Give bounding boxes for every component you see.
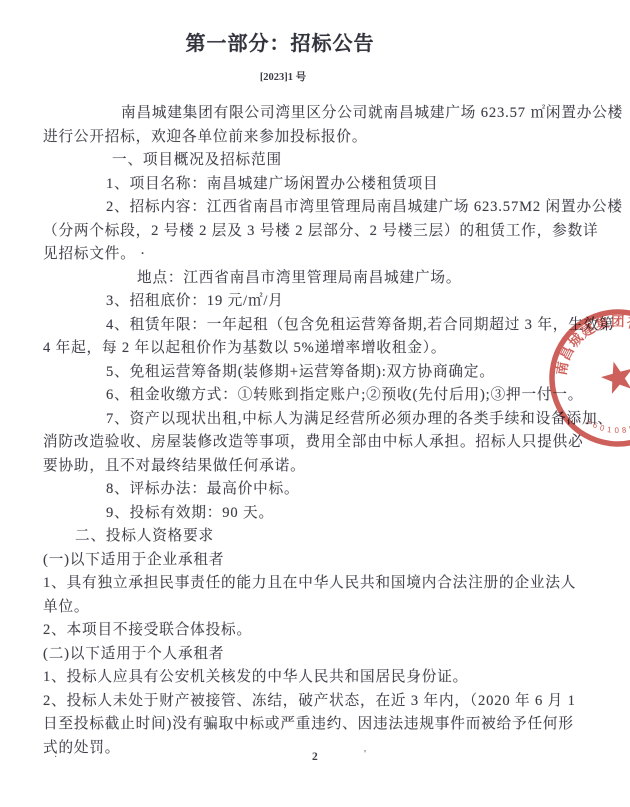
- document-line: (一)以下适用于企业承租者: [0, 549, 630, 573]
- document-line: 1、投标人应具有公安机关核发的中华人民共和国居民身份证。: [0, 666, 630, 690]
- document-line: (二)以下适用于个人承租者: [0, 643, 630, 667]
- document-line: 8、评标办法：最高价中标。: [0, 478, 630, 502]
- document-line: 见招标文件。 ·: [0, 243, 630, 267]
- document-number: [2023]1 号: [0, 69, 566, 84]
- document-line: 6、租金收缴方式：①转账到指定账户;②预收(先付后用);③押一付一。: [0, 384, 630, 408]
- document-line: 1、项目名称：南昌城建广场闲置办公楼租赁项目: [0, 173, 630, 197]
- document-line: 2、投标人未处于财产被接管、冻结，破产状态，在近 3 年内，（2020 年 6 …: [0, 690, 630, 714]
- document-line: 1、具有独立承担民事责任的能力且在中华人民共和国境内合法注册的企业法人: [0, 572, 630, 596]
- company-seal-stamp: 南昌城建集团有限公司 3601085: [538, 298, 630, 458]
- document-line: 9、投标有效期：90 天。: [0, 502, 630, 526]
- document-line: 进行公开招标，欢迎各单位前来参加投标报价。: [0, 126, 630, 150]
- document-line: 4 年起，每 2 年以起租价作为基数以 5%递增率增收租金）。: [0, 337, 630, 361]
- document-line: 单位。: [0, 596, 630, 620]
- document-line: 日至投标截止时间)没有骗取中标或严重违约、因违法违规事件而被给予任何形: [0, 713, 630, 737]
- scan-artifact: ·: [54, 752, 57, 763]
- scan-artifact: ': [364, 748, 366, 760]
- document-line: 消防改造验收、房屋装修改造等事项，费用全部由中标人承担。招标人只提供必: [0, 431, 630, 455]
- document-line: 7、资产以现状出租,中标人为满足经营所必须办理的各类手续和设备添加、: [0, 408, 630, 432]
- scanned-document-page: 第一部分：招标公告 [2023]1 号 南昌城建集团有限公司湾里区分公司就南昌城…: [0, 0, 630, 807]
- section-heading-1: 一、项目概况及招标范围: [0, 149, 630, 173]
- document-title: 第一部分：招标公告: [0, 27, 560, 56]
- section-heading-2: 二、投标人资格要求: [0, 525, 630, 549]
- document-line: 2、招标内容：江西省南昌市湾里管理局南昌城建广场 623.57M2 闲置办公楼: [0, 196, 630, 220]
- seal-star-icon: [598, 357, 630, 395]
- document-line: 地点：江西省南昌市湾里管理局南昌城建广场。: [0, 267, 630, 291]
- document-line: 要协助，且不对最终结果做任何承诺。: [0, 455, 630, 479]
- document-line: （分两个标段，2 号楼 2 层及 3 号楼 2 层部分、2 号楼三层）的租赁工作…: [0, 220, 630, 244]
- document-line: 南昌城建集团有限公司湾里区分公司就南昌城建广场 623.57 ㎡闲置办公楼: [0, 102, 630, 126]
- document-line: 2、本项目不接受联合体投标。: [0, 619, 630, 643]
- document-line: 4、租赁年限：一年起租（包含免租运营筹备期,若合同期超过 3 年，生效第: [0, 314, 630, 338]
- document-body: 南昌城建集团有限公司湾里区分公司就南昌城建广场 623.57 ㎡闲置办公楼 进行…: [0, 102, 630, 760]
- document-line: 5、免租运营筹备期(装修期+运营筹备期):双方协商确定。: [0, 361, 630, 385]
- document-line: 3、招租底价：19 元/㎡/月: [0, 290, 630, 314]
- page-number: 2: [312, 751, 318, 763]
